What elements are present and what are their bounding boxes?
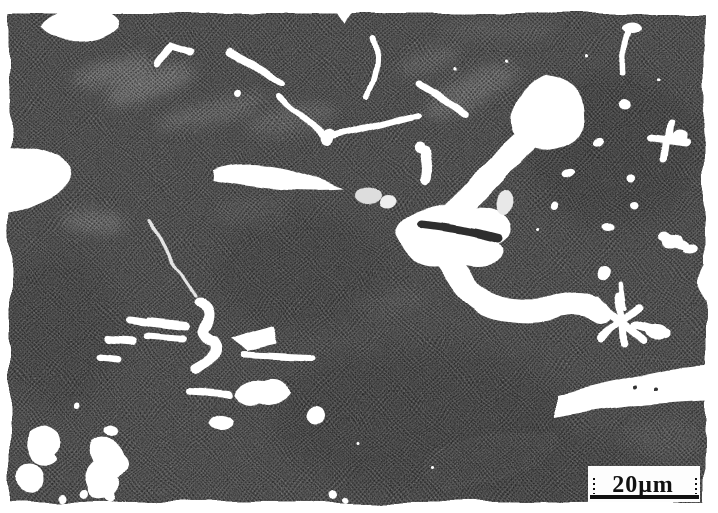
matrix-region [0, 9, 718, 510]
micrograph: 20μm [0, 0, 718, 513]
micrograph-page: 20μm [0, 0, 718, 513]
scale-bar: 20μm [588, 466, 700, 502]
micrograph-image: 20μm [0, 0, 718, 513]
scale-bar-label: 20μm [612, 472, 674, 498]
